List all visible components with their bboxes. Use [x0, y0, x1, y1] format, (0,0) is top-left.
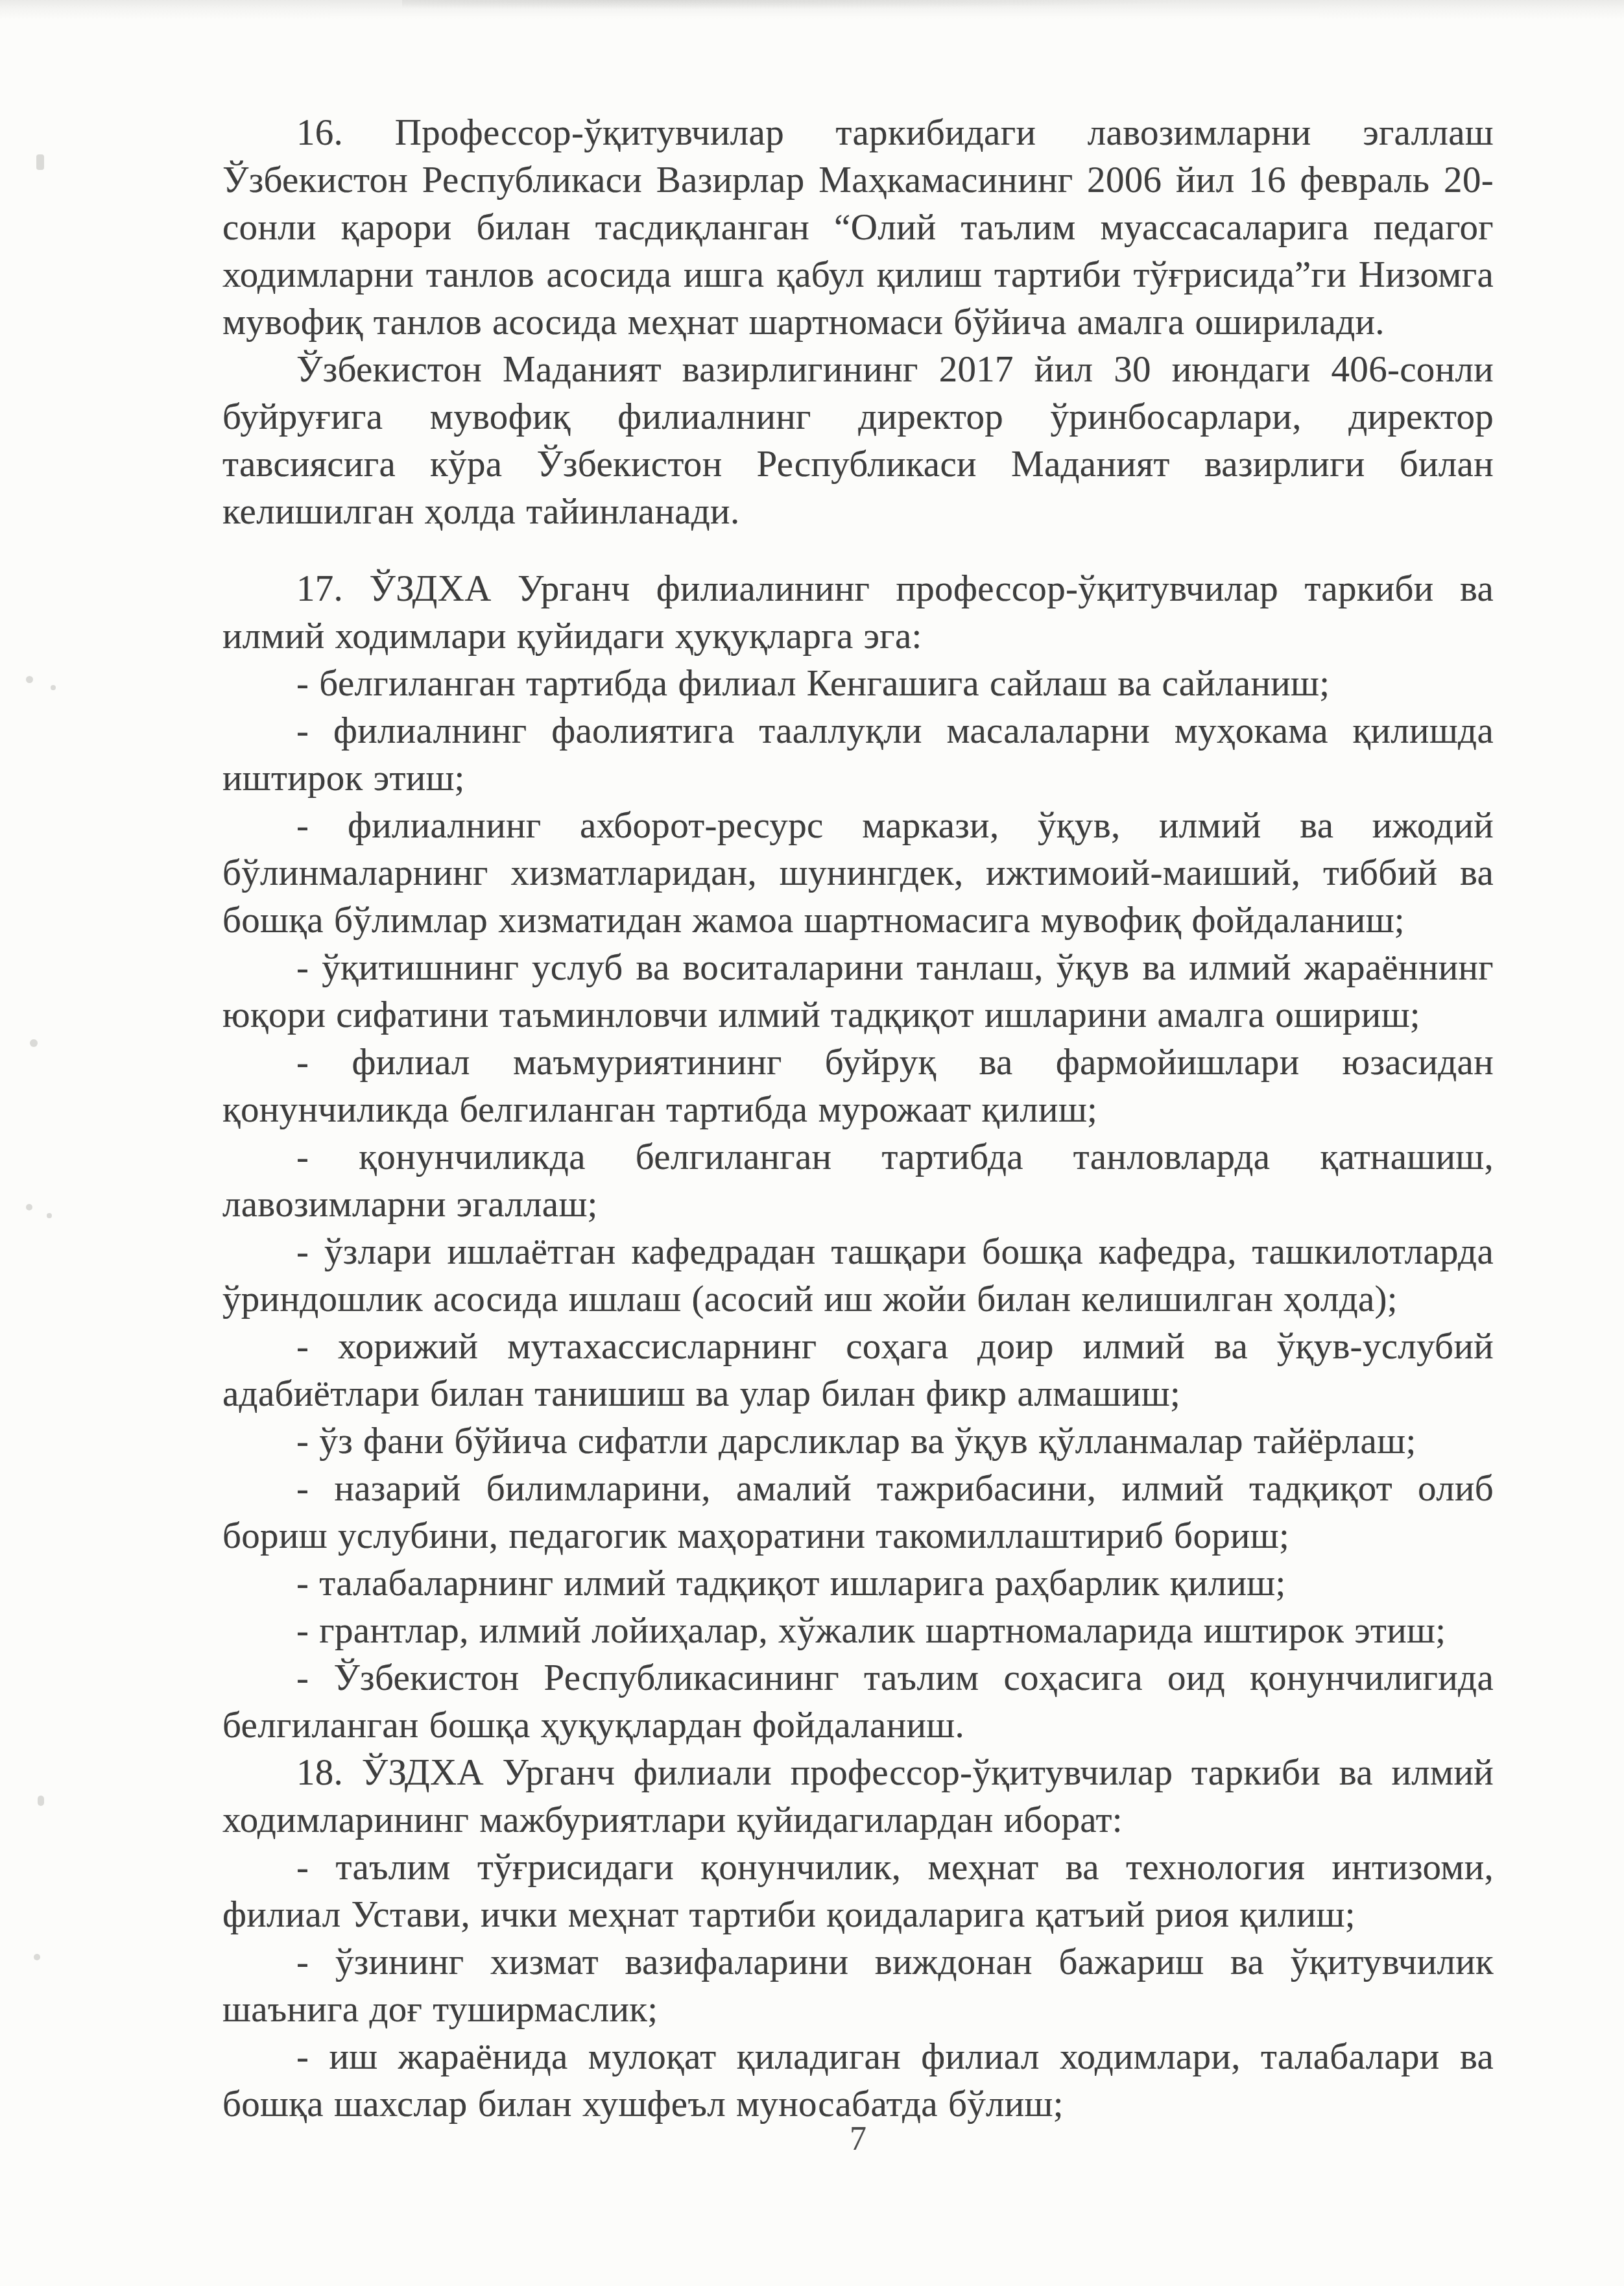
- rights-list-item-4: - ўқитишнинг услуб ва воситаларини танла…: [222, 944, 1494, 1039]
- rights-list-item-8: - хорижий мутахассисларнинг соҳага доир …: [222, 1323, 1494, 1417]
- rights-list-item-13: - Ўзбекистон Республикасининг таълим соҳ…: [222, 1654, 1494, 1749]
- rights-list-item-11: - талабаларнинг илмий тадқиқот ишларига …: [222, 1559, 1494, 1607]
- rights-list-item-2: - филиалнинг фаолиятига тааллуқли масала…: [222, 707, 1494, 802]
- page-number: 7: [222, 2120, 1494, 2158]
- document-body: 16. Профессор-ўқитувчилар таркибидаги ла…: [222, 109, 1494, 2128]
- scan-artifact-speck: [26, 676, 33, 683]
- paragraph-18-duties-heading: 18. ЎЗДХА Урганч филиали профессор-ўқиту…: [222, 1749, 1494, 1844]
- paragraph-ministry-appointment: Ўзбекистон Маданият вазирлигининг 2017 й…: [222, 346, 1494, 535]
- scan-artifact-speck: [30, 1039, 38, 1047]
- rights-list-item-7: - ўзлари ишлаётган кафедрадан ташқари бо…: [222, 1228, 1494, 1323]
- scanned-document-page: 16. Профессор-ўқитувчилар таркибидаги ла…: [0, 0, 1624, 2286]
- duties-list-item-1: - таълим тўғрисидаги қонунчилик, меҳнат …: [222, 1844, 1494, 1938]
- duties-list-item-2: - ўзининг хизмат вазифаларини виждонан б…: [222, 1938, 1494, 2033]
- rights-list-item-5: - филиал маъмуриятининг буйруқ ва фармой…: [222, 1039, 1494, 1133]
- scan-artifact-speck: [51, 685, 56, 690]
- scan-artifact-speck: [38, 1796, 44, 1806]
- rights-list-item-6: - қонунчиликда белгиланган тартибда танл…: [222, 1133, 1494, 1228]
- paragraph-16-hiring-procedure: 16. Профессор-ўқитувчилар таркибидаги ла…: [222, 109, 1494, 346]
- scan-artifact-speck: [36, 154, 44, 170]
- rights-list-item-10: - назарий билимларини, амалий тажрибасин…: [222, 1465, 1494, 1559]
- scan-artifact-speck: [47, 1213, 52, 1218]
- duties-list-item-3: - иш жараёнида мулоқат қиладиган филиал …: [222, 2033, 1494, 2128]
- rights-list-item-9: - ўз фани бўйича сифатли дарсликлар ва ў…: [222, 1417, 1494, 1465]
- scan-artifact-speck: [34, 1954, 40, 1960]
- scan-artifact-speck: [26, 1204, 32, 1210]
- rights-list-item-12: - грантлар, илмий лойиҳалар, хўжалик шар…: [222, 1607, 1494, 1654]
- rights-list-item-1: - белгиланган тартибда филиал Кенгашига …: [222, 660, 1494, 707]
- scan-artifact-top-band: [0, 0, 1624, 19]
- rights-list-item-3: - филиалнинг ахборот-ресурс маркази, ўқу…: [222, 802, 1494, 944]
- paragraph-17-rights-heading: 17. ЎЗДХА Урганч филиалининг профессор-ў…: [222, 565, 1494, 660]
